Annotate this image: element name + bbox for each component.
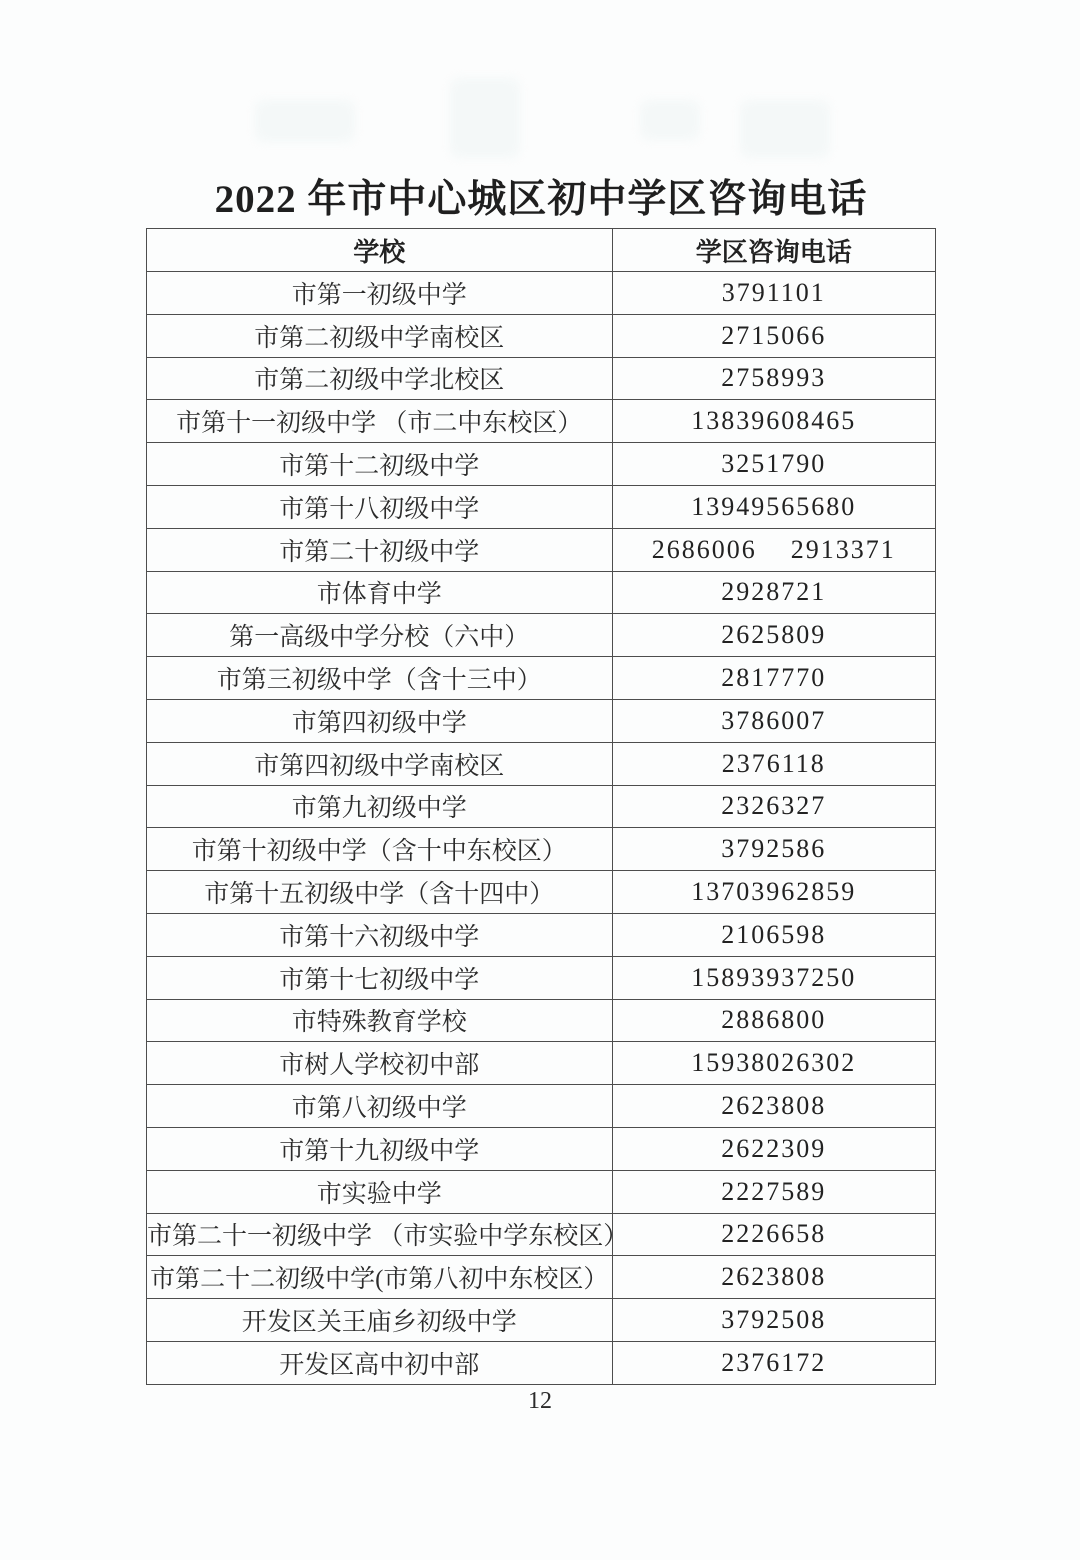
school-cell: 市第十八初级中学 [147,485,613,528]
school-cell: 市第二初级中学南校区 [147,314,613,357]
table-row: 开发区关王庙乡初级中学 3792508 [147,1299,936,1342]
school-phone-table: 学校 学区咨询电话 市第一初级中学 3791101 市第二初级中学南校区 271… [146,228,936,1385]
phone-cell: 3791101 [612,272,936,315]
table-row: 市第十二初级中学 3251790 [147,443,936,486]
phone-cell: 2226658 [612,1213,936,1256]
scan-smudge [640,100,700,140]
scan-smudge [450,78,520,158]
scan-smudge [255,100,355,142]
school-cell: 市特殊教育学校 [147,999,613,1042]
header-row: 学校 学区咨询电话 [147,229,936,272]
phone-cell: 2376118 [612,742,936,785]
school-cell: 市第十一初级中学 （市二中东校区） [147,400,613,443]
school-cell: 市第十七初级中学 [147,956,613,999]
phone-cell: 2622309 [612,1127,936,1170]
school-cell: 市第十六初级中学 [147,913,613,956]
school-cell: 开发区高中初中部 [147,1341,613,1384]
phone-cell: 2886800 [612,999,936,1042]
phone-cell: 2623808 [612,1256,936,1299]
header-phone: 学区咨询电话 [612,229,936,272]
table-row: 市第九初级中学 2326327 [147,785,936,828]
phone-cell: 3792508 [612,1299,936,1342]
school-cell: 市体育中学 [147,571,613,614]
header-school: 学校 [147,229,613,272]
phone-cell: 3251790 [612,443,936,486]
school-cell: 市第十初级中学（含十中东校区） [147,828,613,871]
table-row: 市第四初级中学 3786007 [147,699,936,742]
table-row: 市第十初级中学（含十中东校区） 3792586 [147,828,936,871]
table-row: 市体育中学 2928721 [147,571,936,614]
phone-cell: 3786007 [612,699,936,742]
phone-cell: 2625809 [612,614,936,657]
school-cell: 市第九初级中学 [147,785,613,828]
table-row: 市第一初级中学 3791101 [147,272,936,315]
page-title: 2022 年市中心城区初中学区咨询电话 [146,168,936,224]
school-cell: 市第八初级中学 [147,1085,613,1128]
table-row: 市实验中学 2227589 [147,1170,936,1213]
table-row: 市第十八初级中学 13949565680 [147,485,936,528]
phone-cell: 2928721 [612,571,936,614]
phone-cell: 2758993 [612,357,936,400]
table-header: 学校 学区咨询电话 [147,229,936,272]
phone-cell: 2686006 2913371 [612,528,936,571]
school-cell: 开发区关王庙乡初级中学 [147,1299,613,1342]
table-row: 市树人学校初中部 15938026302 [147,1042,936,1085]
phone-cell: 2227589 [612,1170,936,1213]
school-cell: 市第十五初级中学（含十四中） [147,871,613,914]
table-row: 市第十一初级中学 （市二中东校区） 13839608465 [147,400,936,443]
phone-cell: 2376172 [612,1341,936,1384]
school-cell: 市树人学校初中部 [147,1042,613,1085]
phone-cell: 2817770 [612,657,936,700]
table-row: 市第二初级中学北校区 2758993 [147,357,936,400]
table-row: 市第十九初级中学 2622309 [147,1127,936,1170]
table-row: 市第十六初级中学 2106598 [147,913,936,956]
phone-cell: 2715066 [612,314,936,357]
school-cell: 市第二初级中学北校区 [147,357,613,400]
phone-cell: 2326327 [612,785,936,828]
school-cell: 市第二十二初级中学(市第八初中东校区） [147,1256,613,1299]
table-row: 市第八初级中学 2623808 [147,1085,936,1128]
phone-cell: 13703962859 [612,871,936,914]
table-row: 市第四初级中学南校区 2376118 [147,742,936,785]
table-row: 市第二十一初级中学 （市实验中学东校区） 2226658 [147,1213,936,1256]
scan-smudge [740,100,830,158]
phone-cell: 13949565680 [612,485,936,528]
table-row: 市第二初级中学南校区 2715066 [147,314,936,357]
school-cell: 市第四初级中学南校区 [147,742,613,785]
table-row: 开发区高中初中部 2376172 [147,1341,936,1384]
phone-cell: 13839608465 [612,400,936,443]
school-cell: 市第二十初级中学 [147,528,613,571]
phone-cell: 2623808 [612,1085,936,1128]
table-row: 市第十七初级中学 15893937250 [147,956,936,999]
phone-cell: 15938026302 [612,1042,936,1085]
school-cell: 市第三初级中学（含十三中） [147,657,613,700]
table-row: 市第十五初级中学（含十四中） 13703962859 [147,871,936,914]
phone-cell: 15893937250 [612,956,936,999]
table-row: 市特殊教育学校 2886800 [147,999,936,1042]
table-row: 市第二十二初级中学(市第八初中东校区） 2623808 [147,1256,936,1299]
school-cell: 市第二十一初级中学 （市实验中学东校区） [147,1213,613,1256]
page-number: 12 [0,1388,1080,1415]
table-row: 第一高级中学分校（六中） 2625809 [147,614,936,657]
table-row: 市第三初级中学（含十三中） 2817770 [147,657,936,700]
school-cell: 市第十九初级中学 [147,1127,613,1170]
school-cell: 市实验中学 [147,1170,613,1213]
phone-cell: 3792586 [612,828,936,871]
phone-cell: 2106598 [612,913,936,956]
school-cell: 第一高级中学分校（六中） [147,614,613,657]
school-cell: 市第四初级中学 [147,699,613,742]
school-cell: 市第十二初级中学 [147,443,613,486]
table-body: 市第一初级中学 3791101 市第二初级中学南校区 2715066 市第二初级… [147,272,936,1385]
table-row: 市第二十初级中学 2686006 2913371 [147,528,936,571]
school-cell: 市第一初级中学 [147,272,613,315]
